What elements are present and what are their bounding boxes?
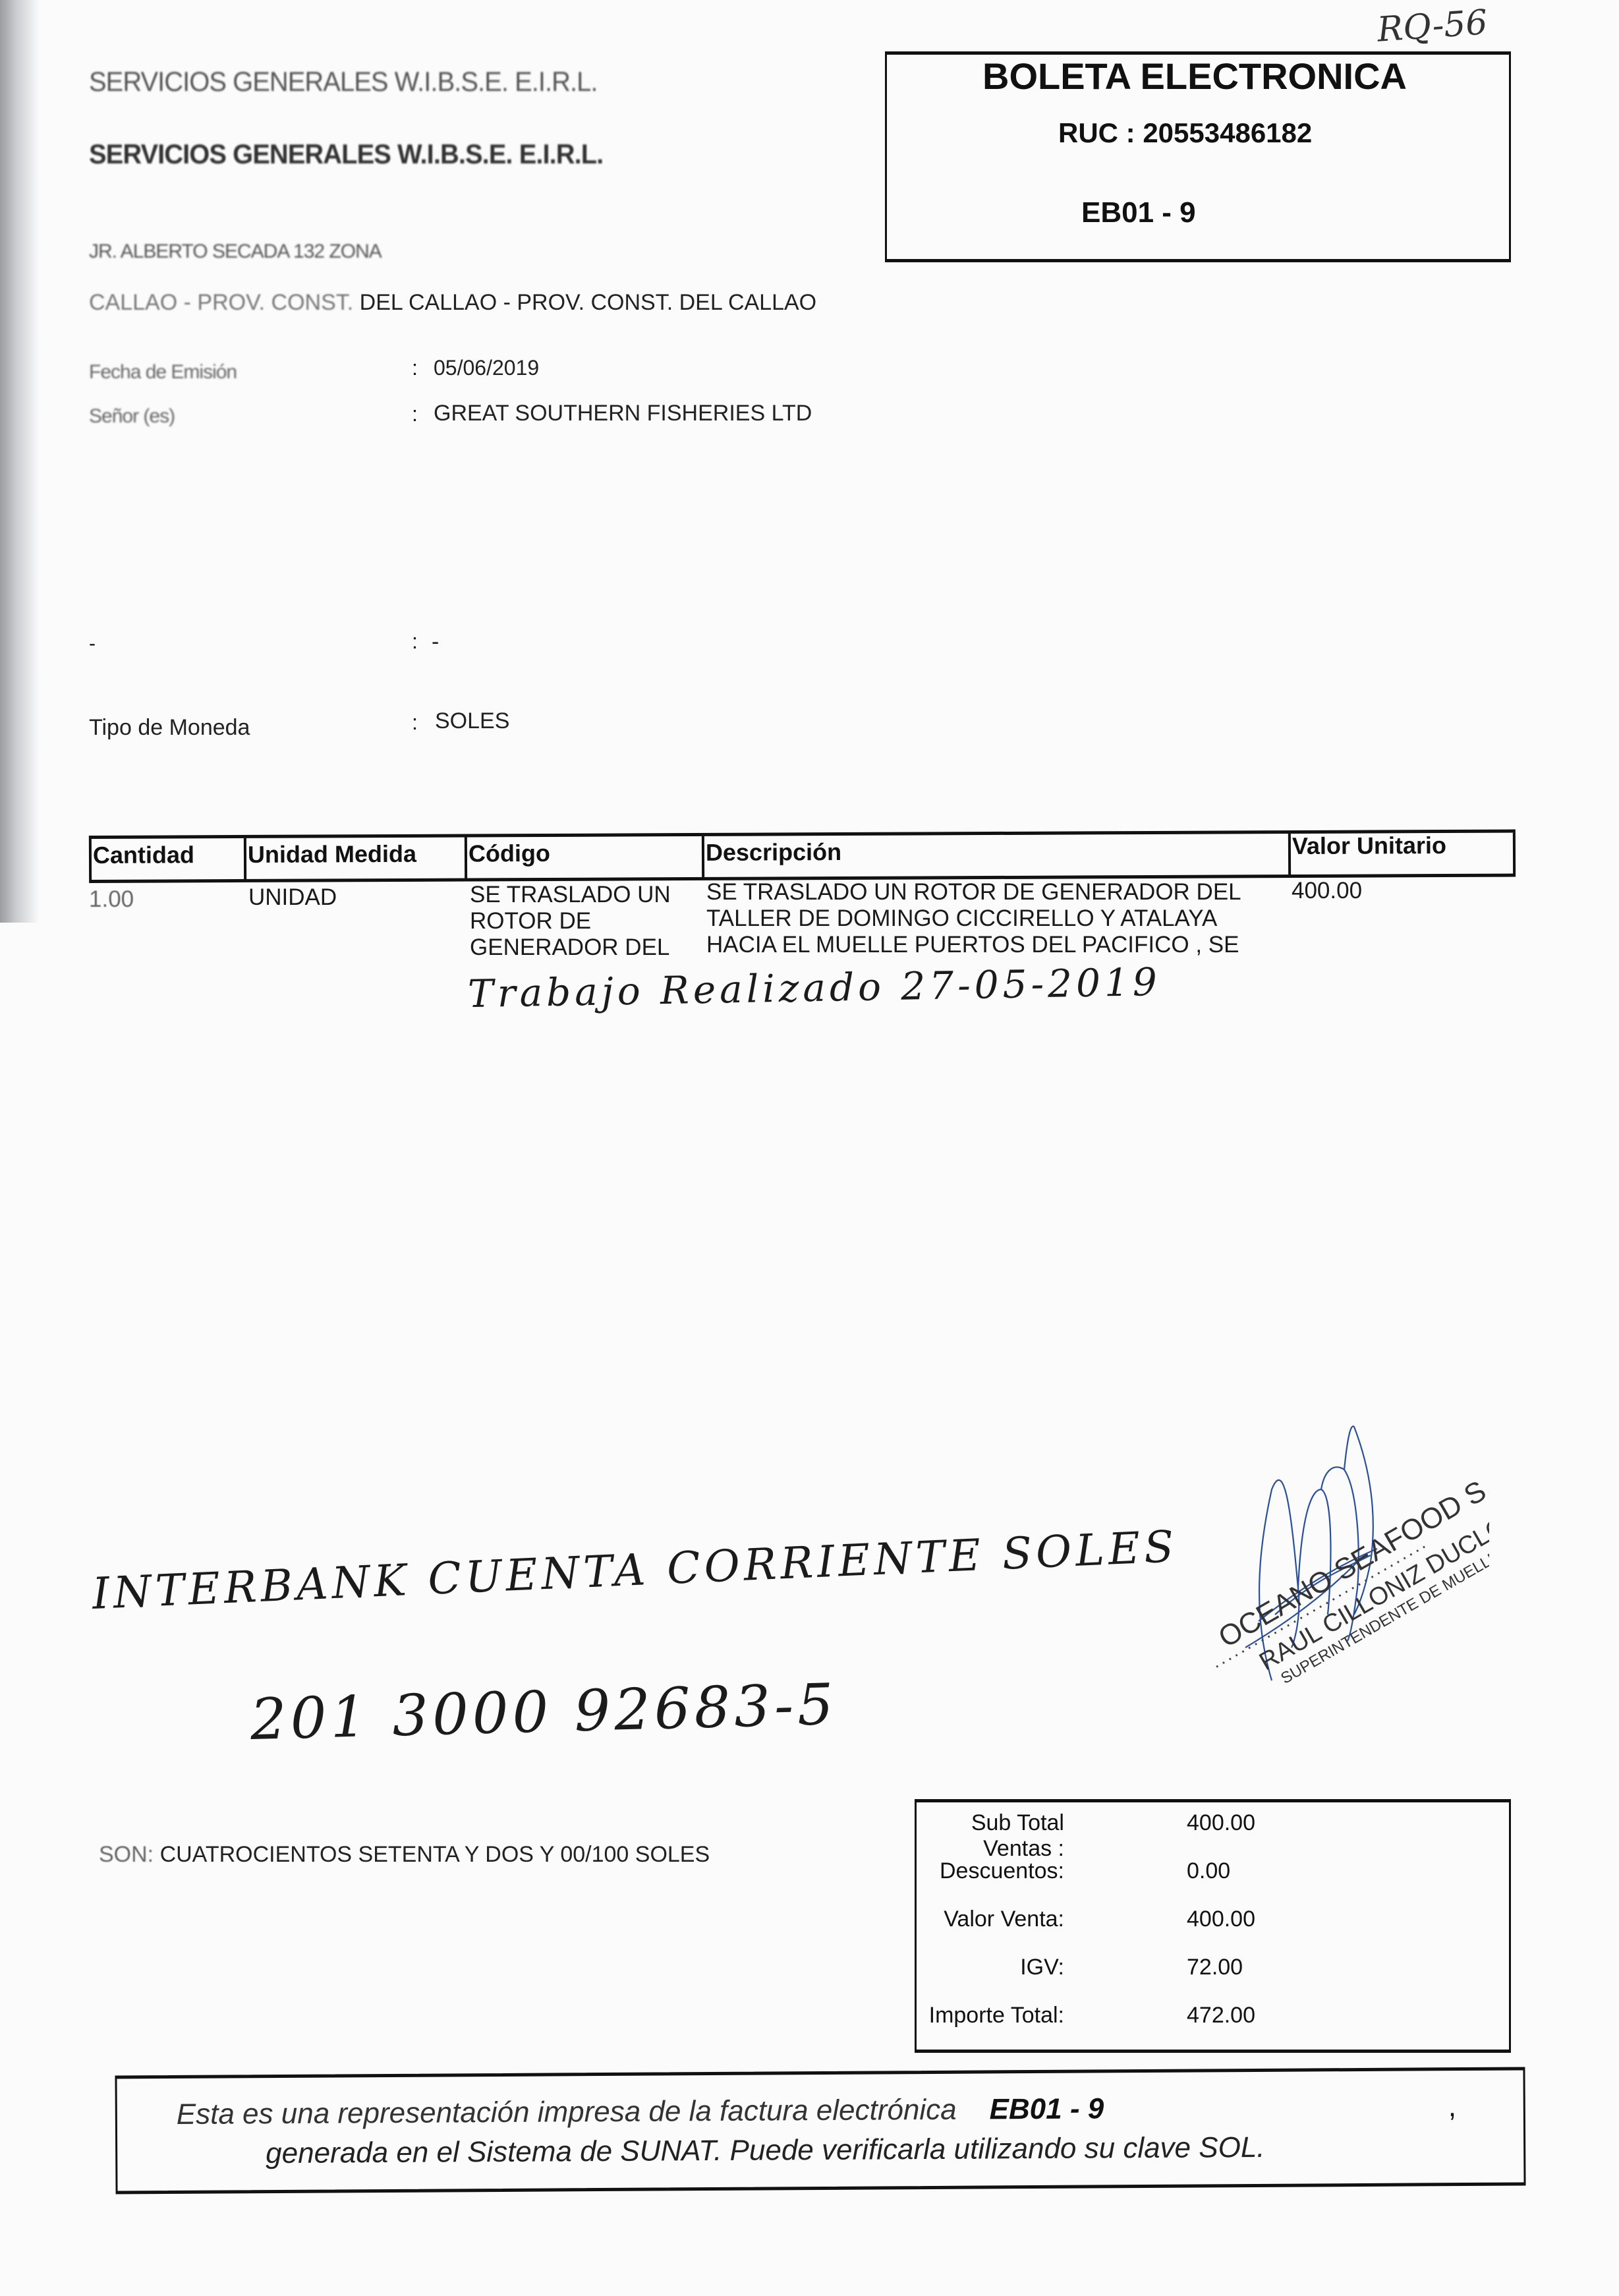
total-value: 400.00: [1187, 1907, 1255, 1932]
handwritten-bank-line: INTERBANK CUENTA CORRIENTE SOLES: [91, 1521, 1179, 1619]
col-header-codigo: Código: [465, 836, 702, 878]
total-value: 400.00: [1187, 1810, 1255, 1836]
cell-cantidad: 1.00: [89, 885, 134, 914]
col-header-valor-unitario: Valor Unitario: [1288, 833, 1516, 875]
amount-in-words: SON: CUATROCIENTOS SETENTA Y DOS Y 00/10…: [99, 1842, 710, 1868]
total-value: 0.00: [1187, 1858, 1230, 1884]
issuer-address-line1: JR. ALBERTO SECADA 132 ZONA: [89, 241, 382, 263]
footer-line2: generada en el Sistema de SUNAT. Puede v…: [266, 2131, 1265, 2170]
footer-comma: ,: [1448, 2090, 1457, 2123]
document-serie: EB01 - 9: [1081, 196, 1196, 229]
meta-value-cliente: GREAT SOUTHERN FISHERIES LTD: [434, 401, 812, 426]
cell-unidad: UNIDAD: [248, 883, 337, 912]
cell-codigo-line2: ROTOR DE: [470, 907, 591, 936]
col-header-descripcion: Descripción: [702, 834, 1288, 877]
total-row-subtotal: Sub Total Ventas : 400.00: [917, 1810, 1509, 1850]
footer-line1-text: Esta es una representación impresa de la…: [177, 2094, 957, 2131]
company-stamp-signature: OCEANO SEAFOOD S.A. ····················…: [1160, 1417, 1489, 1707]
document-title: BOLETA ELECTRONICA: [982, 55, 1407, 98]
address-faded-part: CALLAO - PROV. CONST.: [89, 290, 353, 315]
issuer-address-line2: CALLAO - PROV. CONST. DEL CALLAO - PROV.…: [89, 290, 816, 316]
table-header: Cantidad Unidad Medida Código Descripció…: [89, 830, 1516, 883]
cell-descripcion-line3: HACIA EL MUELLE PUERTOS DEL PACIFICO , S…: [706, 931, 1239, 960]
total-row-igv: IGV: 72.00: [917, 1955, 1509, 1994]
footer-code: EB01 - 9: [989, 2092, 1104, 2125]
meta-colon: :: [412, 356, 418, 380]
meta-value-moneda: SOLES: [435, 708, 509, 734]
footer-line1: Esta es una representación impresa de la…: [177, 2092, 1104, 2131]
meta-value-fecha: 05/06/2019: [434, 356, 539, 380]
handwritten-reference: RQ-56: [1376, 3, 1489, 50]
totals-box: Sub Total Ventas : 400.00 Descuentos: 0.…: [915, 1799, 1511, 2053]
meta-label-fecha: Fecha de Emisión: [89, 361, 237, 384]
issuer-name-line2: SERVICIOS GENERALES W.I.B.S.E. E.I.R.L.: [89, 138, 603, 170]
meta-colon: :: [412, 629, 418, 654]
cell-descripcion-line1: SE TRASLADO UN ROTOR DE GENERADOR DEL: [706, 878, 1241, 907]
total-row-importe-total: Importe Total: 472.00: [917, 2003, 1509, 2042]
total-value: 472.00: [1187, 2003, 1255, 2028]
sunat-footer-box: Esta es una representación impresa de la…: [115, 2067, 1525, 2194]
total-value: 72.00: [1187, 1955, 1243, 1980]
meta-label-blank: -: [89, 633, 96, 655]
meta-colon: :: [412, 402, 418, 426]
cell-descripcion-line2: TALLER DE DOMINGO CICCIRELLO Y ATALAYA: [706, 904, 1217, 933]
cell-codigo-line1: SE TRASLADO UN: [470, 880, 671, 909]
meta-colon: :: [412, 710, 418, 735]
total-label: IGV:: [1020, 1955, 1064, 1980]
col-header-cantidad: Cantidad: [89, 838, 244, 880]
handwritten-account-number: 201 3000 92683-5: [250, 1672, 838, 1753]
issuer-name-line1: SERVICIOS GENERALES W.I.B.S.E. E.I.R.L.: [89, 66, 598, 98]
scan-edge-shadow: [0, 0, 40, 923]
cell-codigo-line3: GENERADOR DEL: [470, 933, 669, 962]
amount-words-text: CUATROCIENTOS SETENTA Y DOS Y 00/100 SOL…: [154, 1842, 710, 1867]
meta-value-blank: -: [432, 629, 439, 655]
total-label: Sub Total Ventas :: [917, 1810, 1064, 1862]
total-label: Descuentos:: [940, 1858, 1064, 1884]
total-row-valor-venta: Valor Venta: 400.00: [917, 1907, 1509, 1946]
total-row-descuentos: Descuentos: 0.00: [917, 1858, 1509, 1898]
amount-words-prefix: SON:: [99, 1842, 154, 1867]
address-rest: DEL CALLAO - PROV. CONST. DEL CALLAO: [353, 290, 816, 315]
handwritten-work-note: Trabajo Realizado 27-05-2019: [467, 960, 1161, 1016]
items-table: Cantidad Unidad Medida Código Descripció…: [89, 836, 1516, 883]
ruc-number: RUC : 20553486182: [1058, 117, 1312, 149]
meta-label-senor: Señor (es): [89, 405, 175, 428]
meta-label-moneda: Tipo de Moneda: [89, 715, 250, 741]
total-label: Valor Venta:: [944, 1907, 1064, 1932]
cell-valor-unitario: 400.00: [1292, 876, 1362, 905]
total-label: Importe Total:: [929, 2003, 1064, 2028]
col-header-unidad: Unidad Medida: [244, 838, 465, 879]
document-type-box: BOLETA ELECTRONICA RUC : 20553486182 EB0…: [885, 51, 1511, 262]
